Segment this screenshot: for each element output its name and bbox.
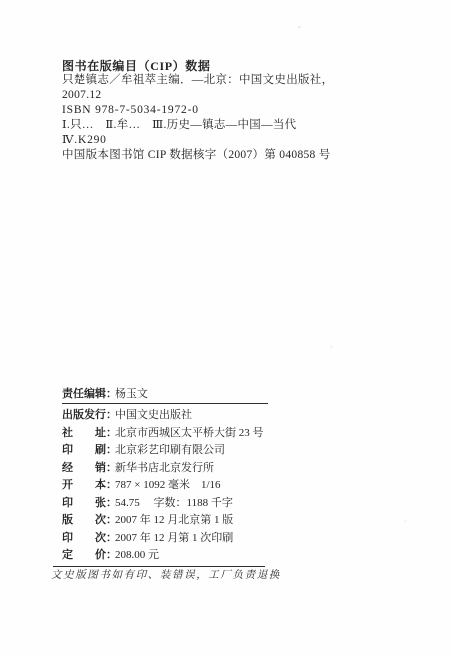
divider-rule-bottom — [53, 566, 265, 567]
colophon-row-label: 印刷 — [62, 442, 106, 460]
colophon-row-value: 中国文史出版社 — [115, 407, 192, 425]
book-copyright-page: 图书在版编目（CIP）数据 只楚镇志／牟祖萃主编．—北京：中国文史出版社， 20… — [0, 0, 450, 657]
colophon-row-label: 版次 — [62, 512, 106, 530]
colophon-row-value: 208.00 元 — [115, 547, 159, 565]
scan-speck — [330, 345, 333, 348]
colophon-row-publisher: 出版发行 ： 中国文史出版社 — [62, 407, 382, 425]
colophon-row-distributor: 经销 ： 新华书店北京发行所 — [62, 460, 382, 478]
colophon-row-label: 社址 — [62, 425, 106, 443]
cip-registry-line: 中国版本图书馆 CIP 数据核字（2007）第 040858 号 — [62, 148, 407, 163]
colophon-row-edition: 版次 ： 2007 年 12 月北京第 1 版 — [62, 512, 382, 530]
cip-data-block: 图书在版编目（CIP）数据 只楚镇志／牟祖萃主编．—北京：中国文史出版社， 20… — [62, 59, 407, 163]
cip-publication-date: 2007.12 — [62, 88, 407, 103]
divider-rule-top — [62, 403, 268, 404]
colophon-row-address: 社址 ： 北京市西城区太平桥大街 23 号 — [62, 425, 382, 443]
colophon-row-value: 787 × 1092 毫米 1/16 — [115, 477, 221, 495]
errata-exchange-note: 文史版图书如有印、装错误，工厂负责退换 — [51, 569, 382, 582]
colophon-row-printer: 印刷 ： 北京彩艺印刷有限公司 — [62, 442, 382, 460]
colophon-row-sheets: 印张 ： 54.75 字数：1188 千字 — [62, 495, 382, 513]
colophon-row-value: 北京彩艺印刷有限公司 — [115, 442, 225, 460]
colophon-row-value: 新华书店北京发行所 — [115, 460, 214, 478]
colophon-row-format: 开本 ： 787 × 1092 毫米 1/16 — [62, 477, 382, 495]
colophon-row-editor: 责任编辑 ： 杨玉文 — [62, 386, 382, 402]
colophon-row-label: 开本 — [62, 477, 106, 495]
colophon-row-price: 定价 ： 208.00 元 — [62, 547, 382, 565]
colophon-row-value: 2007 年 12 月第 1 次印刷 — [115, 530, 233, 548]
colophon-row-label: 出版发行 — [62, 407, 106, 425]
colophon-row-value: 2007 年 12 月北京第 1 版 — [115, 512, 233, 530]
isbn-line: ISBN 978-7-5034-1972-0 — [62, 103, 407, 118]
colophon-block: 责任编辑 ： 杨玉文 出版发行 ： 中国文史出版社 社址 ： 北京市西城区太平桥… — [62, 386, 382, 582]
colophon-row-label: 印张 — [62, 495, 106, 513]
colophon-row-label: 责任编辑 — [62, 386, 106, 402]
scan-speck — [298, 26, 301, 28]
colophon-row-value: 北京市西城区太平桥大街 23 号 — [115, 425, 264, 443]
colophon-row-printing: 印次 ： 2007 年 12 月第 1 次印刷 — [62, 530, 382, 548]
cip-classification-line: Ⅰ.只… Ⅱ.牟… Ⅲ.历史—镇志—中国—当代 — [62, 118, 407, 133]
colophon-row-label: 定价 — [62, 547, 106, 565]
colophon-row-label: 印次 — [62, 530, 106, 548]
cip-description-line: 只楚镇志／牟祖萃主编．—北京：中国文史出版社， — [62, 73, 407, 88]
colophon-row-value: 杨玉文 — [115, 386, 148, 402]
cip-classification-code: Ⅳ.K290 — [62, 133, 407, 148]
cip-heading: 图书在版编目（CIP）数据 — [62, 59, 407, 73]
colophon-row-label: 经销 — [62, 460, 106, 478]
scan-speck — [404, 520, 407, 522]
colophon-row-value: 54.75 字数：1188 千字 — [115, 495, 233, 513]
